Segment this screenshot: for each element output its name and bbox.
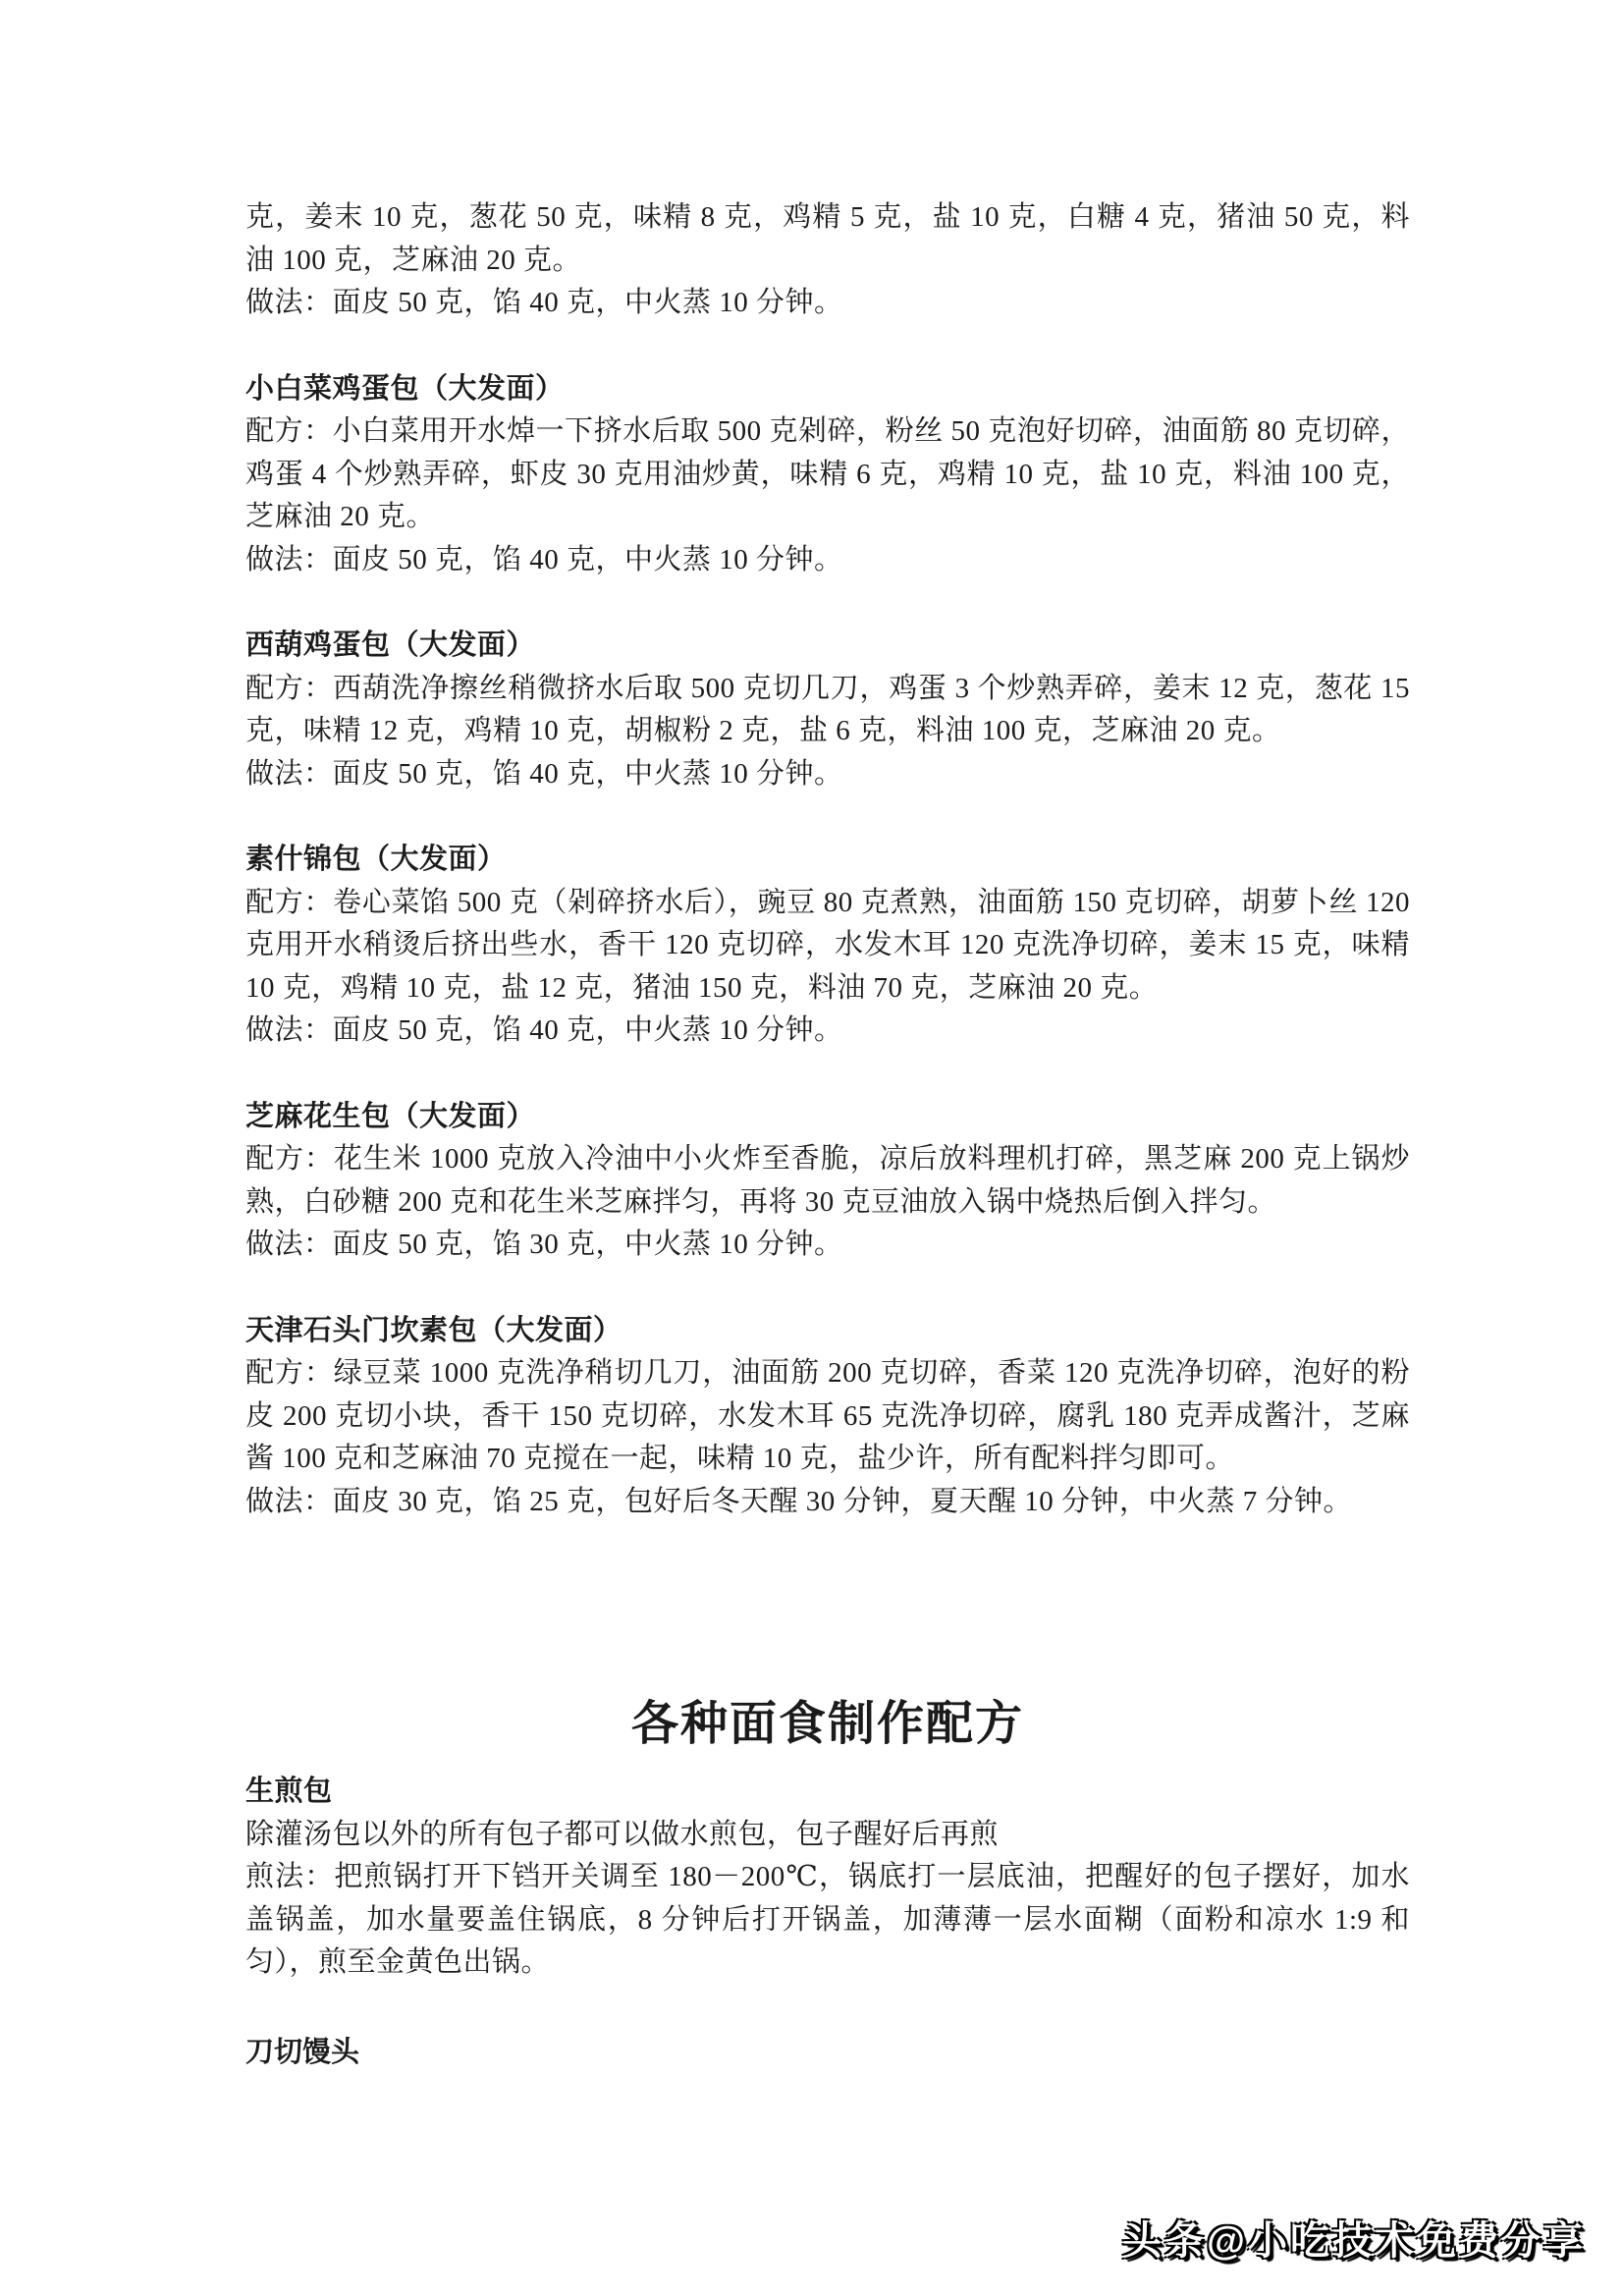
next-section-heading: 刀切馒头 — [245, 2032, 1410, 2075]
recipe-method: 做法：面皮 50 克，馅 40 克，中火蒸 10 分钟。 — [245, 1010, 1410, 1053]
recipe-ingredients: 配方：小白菜用开水焯一下挤水后取 500 克剁碎，粉丝 50 克泡好切碎，油面筋… — [245, 410, 1410, 539]
recipe-section-zhimahuasheng: 芝麻花生包（大发面） 配方：花生米 1000 克放入冷油中小火炸至香脆，凉后放料… — [245, 1096, 1410, 1267]
recipe-method: 做法：面皮 50 克，馅 40 克，中火蒸 10 分钟。 — [245, 539, 1410, 582]
recipe-method: 做法：面皮 50 克，馅 40 克，中火蒸 10 分钟。 — [245, 753, 1410, 796]
recipe-section-xihu: 西葫鸡蛋包（大发面） 配方：西葫洗净擦丝稍微挤水后取 500 克切几刀，鸡蛋 3… — [245, 625, 1410, 795]
recipe-method: 做法：面皮 30 克，馅 25 克，包好后冬天醒 30 分钟，夏天醒 10 分钟… — [245, 1481, 1410, 1524]
recipe-ingredients: 配方：西葫洗净擦丝稍微挤水后取 500 克切几刀，鸡蛋 3 个炒熟弄碎，姜末 1… — [245, 668, 1410, 753]
recipe-section-sushijin: 素什锦包（大发面） 配方：卷心菜馅 500 克（剁碎挤水后），豌豆 80 克煮熟… — [245, 839, 1410, 1053]
watermark: 头条@小吃技术免费分享 — [1122, 2210, 1586, 2266]
recipe-note: 除灌汤包以外的所有包子都可以做水煎包，包子醒好后再煎 — [245, 1814, 1410, 1857]
recipe-section-shengjianbao: 生煎包 除灌汤包以外的所有包子都可以做水煎包，包子醒好后再煎 煎法：把煎锅打开下… — [245, 1771, 1410, 1985]
document-content: 克，姜末 10 克，葱花 50 克，味精 8 克，鸡精 5 克，盐 10 克，白… — [245, 196, 1410, 2074]
continuation-paragraph: 克，姜末 10 克，葱花 50 克，味精 8 克，鸡精 5 克，盐 10 克，白… — [245, 196, 1410, 282]
continuation-method-line: 做法：面皮 50 克，馅 40 克，中火蒸 10 分钟。 — [245, 282, 1410, 325]
section-title: 各种面食制作配方 — [245, 1690, 1410, 1759]
recipe-method: 做法：面皮 50 克，馅 30 克，中火蒸 10 分钟。 — [245, 1224, 1410, 1267]
recipe-ingredients: 配方：花生米 1000 克放入冷油中小火炸至香脆，凉后放料理机打碎，黑芝麻 20… — [245, 1138, 1410, 1224]
recipe-title: 生煎包 — [245, 1771, 1410, 1814]
recipe-title: 小白菜鸡蛋包（大发面） — [245, 368, 1410, 411]
recipe-title: 素什锦包（大发面） — [245, 839, 1410, 882]
recipe-title: 天津石头门坎素包（大发面） — [245, 1310, 1410, 1353]
recipe-section-tianjinsubao: 天津石头门坎素包（大发面） 配方：绿豆菜 1000 克洗净稍切几刀，油面筋 20… — [245, 1310, 1410, 1524]
recipe-section-xiaobaicai: 小白菜鸡蛋包（大发面） 配方：小白菜用开水焯一下挤水后取 500 克剁碎，粉丝 … — [245, 368, 1410, 582]
recipe-title: 西葫鸡蛋包（大发面） — [245, 625, 1410, 668]
recipe-method: 煎法：把煎锅打开下铛开关调至 180－200℃，锅底打一层底油，把醒好的包子摆好… — [245, 1856, 1410, 1985]
recipe-ingredients: 配方：绿豆菜 1000 克洗净稍切几刀，油面筋 200 克切碎，香菜 120 克… — [245, 1352, 1410, 1481]
recipe-title: 芝麻花生包（大发面） — [245, 1096, 1410, 1139]
document-page: 克，姜末 10 克，葱花 50 克，味精 8 克，鸡精 5 克，盐 10 克，白… — [0, 0, 1623, 2296]
recipe-ingredients: 配方：卷心菜馅 500 克（剁碎挤水后），豌豆 80 克煮熟，油面筋 150 克… — [245, 882, 1410, 1011]
